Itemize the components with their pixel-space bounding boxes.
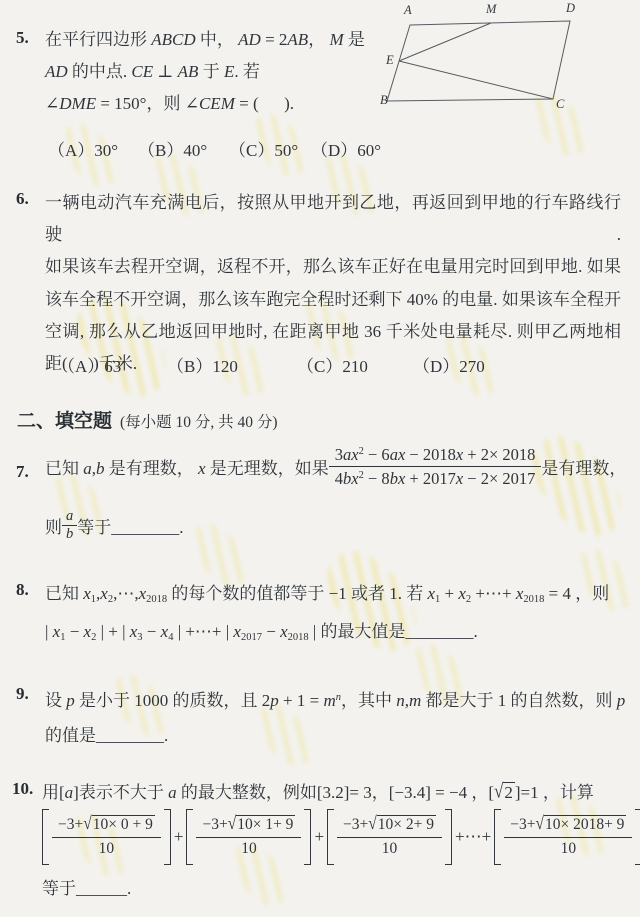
denominator: 10 xyxy=(504,838,632,859)
section-title: 二、填空题 xyxy=(17,411,112,432)
question-line: 在平行四边形 ABCD 中， AD = 2AB， M 是 xyxy=(45,24,390,56)
question-9-line1: 设 p 是小于 1000 的质数，且 2p + 1 = mn，其中 n,m 都是… xyxy=(45,682,625,717)
question-line: 该车全程不开空调，那么该车跑完全程时还剩下 40% 的电量. 如果该车全程开 xyxy=(45,284,621,316)
floor-term: −3+√10× 2018+ 9 10 xyxy=(494,809,640,865)
left-bracket xyxy=(186,809,193,865)
numerator: −3+√10× 1+ 9 xyxy=(196,815,301,837)
parallelogram-outline xyxy=(387,21,570,101)
question-6-number: 6. xyxy=(16,189,29,209)
fraction: −3+√10× 0 + 9 10 xyxy=(52,815,161,858)
denominator: 4bx2 − 8bx + 2017x − 2× 2017 xyxy=(329,467,542,489)
right-bracket xyxy=(304,809,311,865)
section-header: 二、填空题(每小题 10 分, 共 40 分) xyxy=(17,406,278,433)
question-line: 如果该车去程开空调，返程不开，那么该车正好在电量用完时回到甲地. 如果 xyxy=(45,251,621,283)
fraction: −3+√10× 2+ 9 10 xyxy=(337,815,442,858)
option-d: （D）270 xyxy=(413,352,485,377)
question-text: 等于________. xyxy=(77,513,183,538)
question-line: ∠DME = 150°，则 ∠CEM = ( ). xyxy=(45,88,390,120)
question-7-line2: 则 a b 等于________. xyxy=(45,508,184,542)
question-line: 空调, 那么从乙地返回甲地时, 在距离甲地 36 千米处电量耗尽. 则甲乙两地相 xyxy=(45,316,621,348)
question-text: 是有理数， xyxy=(541,454,626,479)
question-7-line1: 已知 a,b 是有理数， x 是无理数，如果 3ax2 − 6ax − 2018… xyxy=(45,444,626,490)
fraction: −3+√10× 1+ 9 10 xyxy=(196,815,301,858)
left-bracket xyxy=(494,809,501,865)
numerator: −3+√10× 2+ 9 xyxy=(337,815,442,837)
right-bracket xyxy=(445,809,452,865)
option-a: （A）30° xyxy=(48,136,118,161)
vertex-label-A: A xyxy=(403,3,412,17)
option-d: （D）60° xyxy=(311,136,381,161)
denominator: 10 xyxy=(52,838,161,859)
plus-sign: + xyxy=(314,827,324,847)
vertex-label-B: B xyxy=(380,93,388,107)
question-line: 一辆电动汽车充满电后，按照从甲地开到乙地，再返回到甲地的行车路线行驶. xyxy=(45,187,621,251)
denominator: 10 xyxy=(196,838,301,859)
question-10-line3: 等于______. xyxy=(42,873,131,905)
question-9-number: 9. xyxy=(16,684,29,704)
denominator: 10 xyxy=(337,838,442,859)
numerator: −3+√10× 0 + 9 xyxy=(52,815,161,837)
numerator: 3ax2 − 6ax − 2018x + 2× 2018 xyxy=(329,444,542,467)
option-c: （C）210 xyxy=(297,352,368,377)
question-8-line2: | x1 − x2 | + | x3 − x4 | +⋯+ | x2017 − … xyxy=(45,616,478,654)
vertex-label-M: M xyxy=(485,2,497,16)
fraction: −3+√10× 2018+ 9 10 xyxy=(504,815,632,858)
question-10-number: 10. xyxy=(12,779,33,799)
question-10-line1: 用[a]表示不大于 a 的最大整数，例如[3.2]= 3，[−3.4] = −4… xyxy=(42,777,594,809)
question-5-number: 5. xyxy=(16,28,29,48)
option-c: （C）50° xyxy=(229,136,298,161)
question-line: AD 的中点. CE ⊥ AB 于 E. 若 xyxy=(45,56,390,88)
vertex-label-C: C xyxy=(556,97,565,111)
segment-EM xyxy=(399,23,491,61)
parallelogram-figure: A M D E B C xyxy=(380,1,592,117)
floor-term: −3+√10× 2+ 9 10 xyxy=(327,809,452,865)
question-9-line2: 的值是________. xyxy=(45,720,168,752)
floor-term: −3+√10× 1+ 9 10 xyxy=(186,809,311,865)
option-b: （B）120 xyxy=(167,352,238,377)
right-bracket xyxy=(635,809,640,865)
numerator: a xyxy=(62,508,77,526)
question-8-number: 8. xyxy=(16,580,29,600)
plus-sign: + xyxy=(174,827,184,847)
fraction-a-over-b: a b xyxy=(62,508,77,542)
question-8-line1: 已知 x1,x2,⋯,x2018 的每个数的值都等于 −1 或者 1. 若 x1… xyxy=(45,578,609,616)
left-bracket xyxy=(42,809,49,865)
floor-term: −3+√10× 0 + 9 10 xyxy=(42,809,171,865)
question-7-number: 7. xyxy=(16,462,29,482)
section-subtitle: (每小题 10 分, 共 40 分) xyxy=(120,414,278,431)
question-text: 则 xyxy=(45,513,62,538)
question-text: 已知 a,b 是有理数， x 是无理数，如果 xyxy=(45,454,329,479)
vertex-label-D: D xyxy=(565,1,575,15)
numerator: −3+√10× 2018+ 9 xyxy=(504,815,632,837)
question-5-text: 在平行四边形 ABCD 中， AD = 2AB， M 是 AD 的中点. CE … xyxy=(45,24,390,120)
left-bracket xyxy=(327,809,334,865)
right-bracket xyxy=(164,809,171,865)
option-b: （B）40° xyxy=(138,136,207,161)
vertex-label-E: E xyxy=(385,53,394,67)
ellipsis-plus: +⋯+ xyxy=(455,827,491,847)
exam-page: 5. 在平行四边形 ABCD 中， AD = 2AB， M 是 AD 的中点. … xyxy=(0,0,640,917)
denominator: b xyxy=(62,526,77,543)
question-10-formula: −3+√10× 0 + 9 10 + −3+√10× 1+ 9 10 + −3+… xyxy=(42,806,640,868)
fraction: 3ax2 − 6ax − 2018x + 2× 2018 4bx2 − 8bx … xyxy=(329,444,542,490)
option-a: （A）63 xyxy=(58,352,121,377)
segment-EC xyxy=(399,61,553,99)
